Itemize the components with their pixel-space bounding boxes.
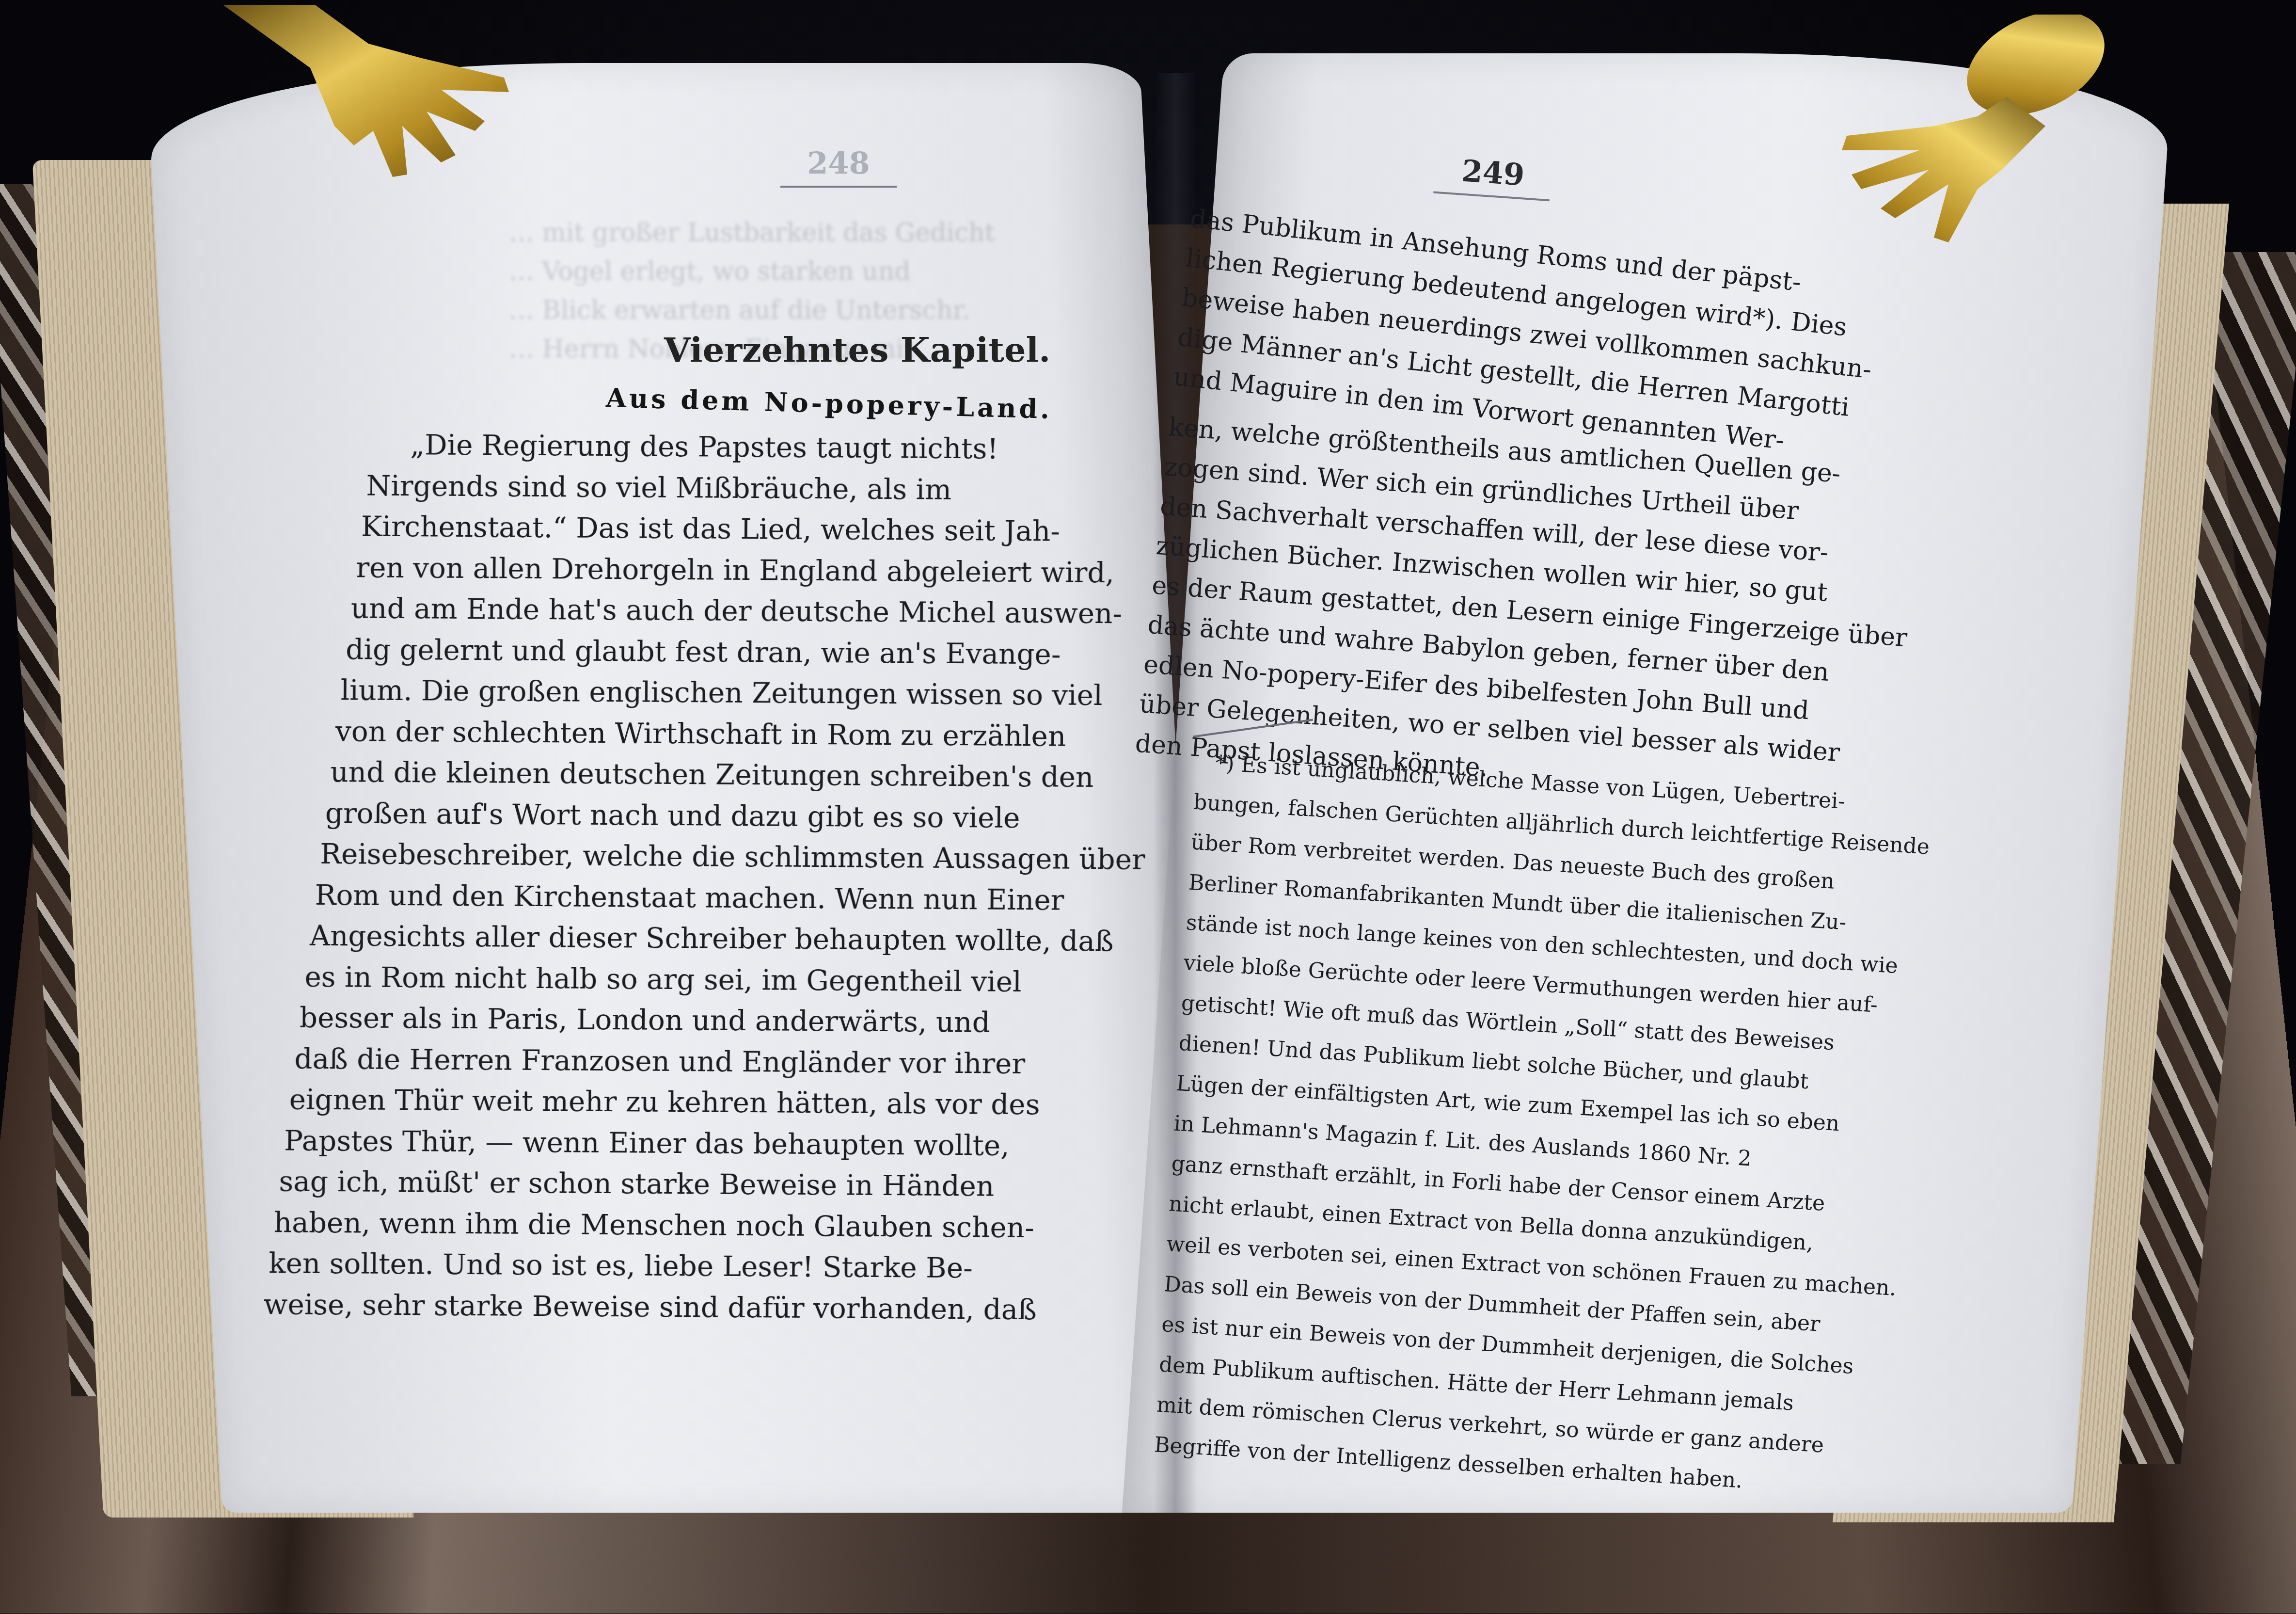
left-page-number: 248	[780, 145, 897, 188]
text-line: und am Ende hat's auch der deutsche Mich…	[351, 588, 1127, 634]
text-line: weise, sehr starke Beweise sind dafür vo…	[264, 1284, 1122, 1331]
text-line: und die kleinen deutschen Zeitungen schr…	[330, 751, 1125, 798]
text-line: sag ich, müßt' er schon starke Beweise i…	[279, 1161, 1123, 1208]
text-line: Rom und den Kirchenstaat machen. Wenn nu…	[315, 874, 1124, 921]
chapter-title: Vierzehntes Kapitel.	[664, 330, 1050, 370]
right-page-number: 249	[1433, 151, 1552, 202]
text-line: Papstes Thür, — wenn Einer das behaupten…	[284, 1120, 1123, 1167]
text-line: von der schlechten Wirthschaft in Rom zu…	[335, 711, 1126, 757]
text-line: daß die Herren Franzosen und Engländer v…	[294, 1038, 1124, 1085]
text-line: lium. Die großen englischen Zeitungen wi…	[340, 670, 1126, 716]
brass-hand-clip-icon	[213, 0, 553, 184]
text-line: eignen Thür weit mehr zu kehren hätten, …	[289, 1079, 1123, 1126]
text-line: ken sollten. Und so ist es, liebe Leser!…	[269, 1243, 1122, 1290]
text-line: „Die Regierung des Papstes taugt nichts!	[371, 424, 1128, 470]
text-line: haben, wenn ihm die Menschen noch Glaube…	[274, 1202, 1123, 1249]
text-line: Angesichts aller dieser Schreiber behaup…	[310, 915, 1124, 962]
footnote: *) Es ist unglaublich, welche Masse von …	[1153, 742, 1894, 1507]
brass-hand-clip-icon	[1774, 15, 2123, 267]
text-line: dig gelernt und glaubt fest dran, wie an…	[346, 629, 1126, 675]
left-page-body: „Die Regierung des Papstes taugt nichts!…	[365, 424, 1128, 1331]
text-line: es in Rom nicht halb so arg sei, im Gege…	[304, 956, 1124, 1003]
bleed-line: … mit großer Lustbarkeit das Gedicht	[509, 213, 1115, 252]
right-page-body: das Publikum in Ansehung Roms und der pä…	[1134, 199, 1819, 818]
bleed-line: … Vogel erlegt, wo starken und	[509, 252, 1115, 291]
bleed-line: … Blick erwarten auf die Unterschr.	[509, 291, 1115, 330]
text-line: Kirchenstaat.“ Das ist das Lied, welches…	[361, 506, 1127, 552]
text-line: Nirgends sind so viel Mißbräuche, als im	[366, 465, 1127, 511]
text-line: großen auf's Wort nach und dazu gibt es …	[325, 792, 1125, 839]
text-line: ren von allen Drehorgeln in England abge…	[356, 547, 1127, 593]
text-line: Reisebeschreiber, welche die schlimmsten…	[320, 833, 1125, 880]
text-line: besser als in Paris, London und anderwär…	[300, 997, 1124, 1044]
